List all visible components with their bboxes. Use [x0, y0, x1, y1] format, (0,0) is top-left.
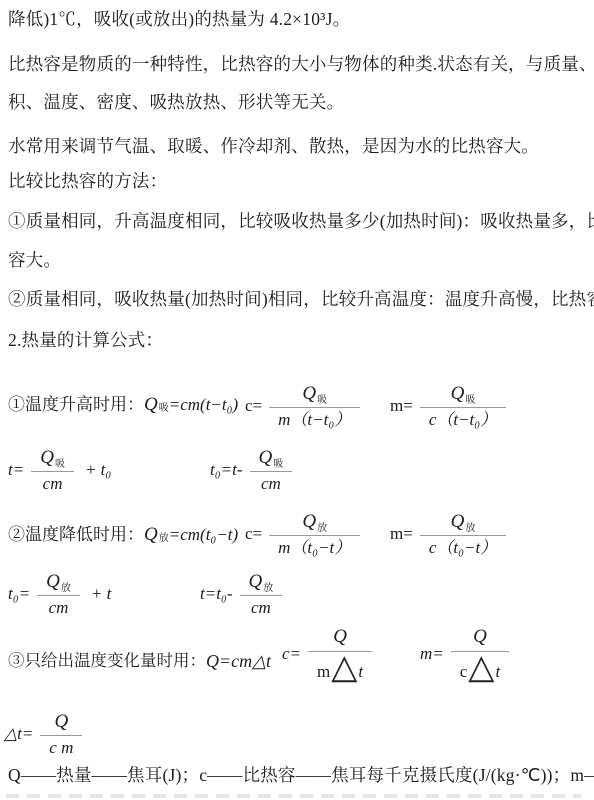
denominator-c: c [460, 662, 468, 682]
formula-delta-definition: ③只给出温度变化量时用： Q=cm△t [8, 650, 271, 672]
fraction-denominator: c（t₀−t） [420, 536, 506, 558]
q-symbol: Q [473, 626, 487, 647]
q-symbol: Q [40, 447, 54, 468]
fraction: Q放 cm [240, 571, 283, 617]
m-equals: m= [390, 395, 413, 417]
q-symbol: Q [249, 571, 263, 592]
q-subscript: 吸 [465, 395, 475, 406]
denominator-t: t [495, 662, 500, 682]
formula-t-solved-release: t=t₀- Q放 cm [200, 571, 287, 617]
formula-rise-c-fraction: c= Q吸 m（t−t₀） [245, 383, 365, 429]
paragraph-line-2: 比热容是物质的一种特性，比热容的大小与物体的种类.状态有关，与质量、体 [8, 52, 594, 76]
formula-drop-rhs: =cm(t₀−t) [169, 524, 238, 546]
formula-delta-rhs: Q=cm△t [206, 650, 271, 672]
q-subscript: 放 [263, 583, 273, 594]
formula-drop-m-fraction: m= Q放 c（t₀−t） [390, 511, 511, 557]
q-absorb-symbol: Q [144, 394, 158, 416]
fraction-denominator: m（t−t₀） [269, 408, 360, 430]
paragraph-line-8: ②质量相同，吸收热量(加热时间)相同，比较升高温度：温度升高慢，比热容大。 [8, 287, 594, 311]
denominator-t: t [358, 662, 363, 682]
triangle-delta-symbol: △ [331, 654, 357, 682]
formula-t0-solved-release: t₀= Q放 cm + t [8, 571, 111, 617]
fraction-denominator: c（t−t₀） [420, 408, 506, 430]
triangle-delta-symbol: △ [468, 654, 494, 682]
m-equals: m= [420, 643, 444, 665]
q-symbol: Q [302, 511, 316, 532]
c-equals: c= [245, 395, 262, 417]
q-symbol: Q [46, 571, 60, 592]
formula-t0-solved: t₀=t- Q吸 cm [210, 447, 297, 493]
q-subscript: 放 [465, 523, 475, 534]
units-legend-line: Q——热量——焦耳(J)；c——比热容——焦耳每千克摄氏度(J/(kg·℃))；… [8, 763, 594, 787]
q-release-symbol: Q [144, 524, 158, 546]
paragraph-line-3: 积、温度、密度、吸热放热、形状等无关。 [8, 90, 344, 114]
q-subscript: 吸 [273, 459, 283, 470]
formula-delta-c-fraction: c= Q m △ t [282, 626, 377, 682]
plus-t-term: + t [91, 583, 111, 605]
fraction-denominator: cm [37, 596, 80, 618]
paragraph-line-1: 降低)1℃，吸收(或放出)的热量为 4.2×10³J。 [8, 7, 350, 31]
fraction: Q吸 m（t−t₀） [269, 383, 360, 429]
cutoff-text-smudge [6, 794, 581, 798]
q-symbol: Q [451, 383, 465, 404]
formula-rise-rhs: =cm(t−t₀) [169, 394, 238, 416]
c-equals: c= [245, 523, 262, 545]
paragraph-line-5: 比较比热容的方法： [8, 169, 167, 193]
t0-equals: t₀=t- [210, 459, 243, 481]
q-symbol: Q [54, 711, 68, 732]
m-equals: m= [390, 523, 413, 545]
q-absorb-subscript: 吸 [159, 398, 169, 420]
deltat-equals: △t= [4, 723, 33, 745]
fraction: Q吸 cm [250, 447, 293, 493]
c-equals: c= [282, 643, 301, 665]
t-equals: t= [8, 459, 24, 481]
paragraph-line-6: ①质量相同，升高温度相同，比较吸收热量多少(加热时间)：吸收热量多，比热 [8, 209, 594, 233]
q-symbol: Q [451, 511, 465, 532]
t-equals: t=t₀- [200, 583, 233, 605]
q-subscript: 吸 [317, 395, 327, 406]
q-subscript: 放 [61, 583, 71, 594]
formula-rise-definition: ①温度升高时用： Q 吸 =cm(t−t₀) [8, 394, 238, 416]
q-release-subscript: 放 [159, 528, 169, 550]
fraction: Q吸 c（t−t₀） [420, 383, 506, 429]
q-symbol: Q [259, 447, 273, 468]
paragraph-line-7: 容大。 [8, 248, 61, 272]
fraction: Q放 m（t₀−t） [269, 511, 360, 557]
plus-t0-term: + t₀ [85, 459, 111, 481]
formula-deltat-solved: △t= Q c m [4, 711, 87, 757]
formula-t-solved: t= Q吸 cm + t₀ [8, 447, 111, 493]
formula-delta-intro: ③只给出温度变化量时用： [8, 650, 206, 672]
paragraph-line-9: 2.热量的计算公式： [8, 328, 163, 352]
formula-drop-c-fraction: c= Q放 m（t₀−t） [245, 511, 365, 557]
formula-drop-intro: ②温度降低时用： [8, 524, 144, 546]
denominator-m: m [317, 662, 330, 682]
fraction: Q c △ t [451, 626, 509, 682]
formula-rise-m-fraction: m= Q吸 c（t−t₀） [390, 383, 511, 429]
fraction-denominator: cm [240, 596, 283, 618]
fraction: Q吸 cm [31, 447, 74, 493]
fraction-denominator: cm [250, 472, 293, 494]
fraction-denominator: m（t₀−t） [269, 536, 360, 558]
q-symbol: Q [302, 383, 316, 404]
formula-delta-m-fraction: m= Q c △ t [420, 626, 514, 682]
fraction: Q m △ t [308, 626, 372, 682]
fraction-denominator: cm [31, 472, 74, 494]
q-subscript: 吸 [55, 459, 65, 470]
fraction: Q c m [40, 711, 82, 757]
formula-rise-intro: ①温度升高时用： [8, 394, 144, 416]
fraction-denominator: c m [40, 736, 82, 758]
q-subscript: 放 [317, 523, 327, 534]
fraction: Q放 c（t₀−t） [420, 511, 506, 557]
formula-drop-definition: ②温度降低时用： Q 放 =cm(t₀−t) [8, 524, 238, 546]
document-page: 降低)1℃，吸收(或放出)的热量为 4.2×10³J。 比热容是物质的一种特性，… [0, 0, 594, 800]
paragraph-line-4: 水常用来调节气温、取暖、作冷却剂、散热，是因为水的比热容大。 [8, 134, 539, 158]
fraction: Q放 cm [37, 571, 80, 617]
q-symbol: Q [333, 626, 347, 647]
t0-equals: t₀= [8, 583, 30, 605]
